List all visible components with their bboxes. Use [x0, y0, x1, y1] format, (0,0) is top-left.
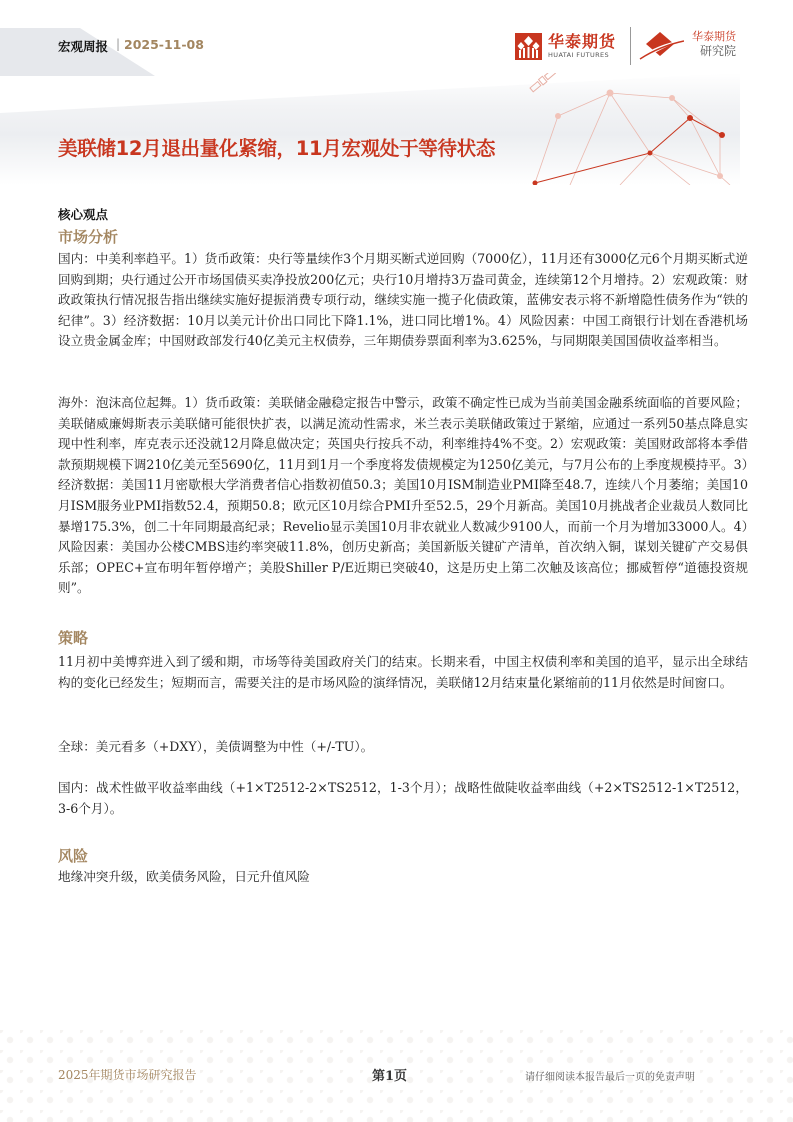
institute-line2: 研究院 — [684, 44, 736, 58]
huatai-logo-icon — [515, 33, 542, 60]
page-title: 美联储12月退出量化紧缩，11月宏观处于等待状态 — [58, 133, 495, 161]
doc-type-label: 宏观周报 — [58, 37, 108, 55]
research-institute-name: 华泰期货 研究院 — [684, 30, 736, 58]
brand-name-cn: 华泰期货 — [548, 33, 616, 51]
paragraph-strategy-global: 全球：美元看多（+DXY），美债调整为中性（+/-TU）。 — [58, 737, 748, 758]
paragraph-domestic: 国内：中美利率趋平。1）货币政策：央行等量续作3个月期买断式逆回购（7000亿）… — [58, 249, 748, 352]
section-heading-strategy: 策略 — [58, 627, 88, 648]
institute-line1: 华泰期货 — [684, 30, 736, 44]
page-number: 第1页 — [372, 1065, 407, 1084]
huatai-futures-logo: 华泰期货 HUATAI FUTURES — [515, 28, 616, 64]
title-banner — [0, 73, 740, 185]
network-graphic-icon — [500, 73, 740, 185]
doc-date: 2025-11-08 — [124, 37, 204, 52]
paragraph-overseas: 海外：泡沫高位起舞。1）货币政策：美联储金融稳定报告中警示，政策不确定性已成为当… — [58, 393, 748, 599]
core-view-label: 核心观点 — [58, 205, 108, 223]
paragraph-strategy-domestic: 国内：战术性做平收益率曲线（+1×T2512-2×TS2512，1-3个月）；战… — [58, 778, 748, 819]
footer-report-name: 2025年期货市场研究报告 — [58, 1066, 197, 1083]
brand-name-en: HUATAI FUTURES — [548, 51, 616, 59]
section-heading-market: 市场分析 — [58, 226, 118, 247]
logo-divider — [630, 27, 631, 65]
research-institute-logo-icon — [638, 30, 684, 60]
section-heading-risk: 风险 — [58, 845, 88, 866]
paragraph-risk: 地缘冲突升级，欧美债务风险，日元升值风险 — [58, 867, 748, 888]
footer-disclaimer-note: 请仔细阅读本报告最后一页的免责声明 — [525, 1068, 695, 1083]
header-separator: | — [116, 37, 120, 51]
paragraph-strategy-overview: 11月初中美博弈进入到了缓和期，市场等待美国政府关门的结束。长期来看，中国主权债… — [58, 652, 748, 693]
